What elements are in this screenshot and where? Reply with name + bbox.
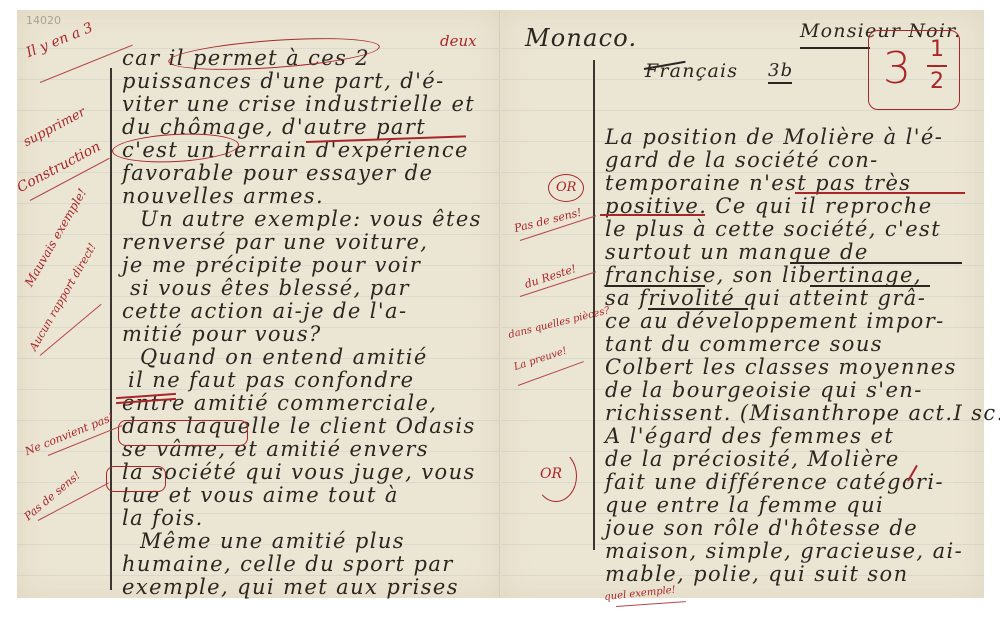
text-line: Colbert les classes moyennes — [605, 355, 957, 379]
margin-note-or-1: OR — [556, 180, 576, 195]
text-line: A l'égard des femmes et — [605, 424, 894, 448]
margin-note-or-2: OR — [540, 466, 562, 482]
text-line: puissances d'une part, d'é- — [122, 69, 445, 93]
text-line: Un autre exemple: vous êtes — [140, 207, 482, 231]
text-line: la société qui vous juge, vous — [122, 460, 476, 484]
class-label: 3b — [768, 62, 793, 80]
text-line: Quand on entend amitié — [140, 345, 428, 369]
text-line: de la préciosité, Molière — [605, 447, 900, 471]
text-line: humaine, celle du sport par — [122, 552, 454, 576]
grade-box: 3 1 2 — [868, 30, 960, 110]
text-line: je me précipite pour voir — [122, 253, 421, 277]
text-line: renversé par une voiture, — [122, 230, 428, 254]
grade-integer: 3 — [883, 43, 911, 94]
archive-number: 14020 — [26, 14, 61, 27]
page-fold — [499, 10, 501, 598]
text-line: tant du commerce sous — [605, 332, 883, 356]
grade-fraction: 1 2 — [927, 37, 947, 95]
text-line: de la bourgeoisie qui s'en- — [605, 378, 923, 402]
text-line: gard de la société con- — [605, 148, 879, 172]
right-margin-line — [593, 60, 595, 550]
text-line: viter une crise industrielle et — [122, 92, 475, 116]
text-line: richissent. (Misanthrope act.I sc.I) — [605, 401, 1000, 425]
underline-positive — [600, 214, 705, 216]
text-line: mable, polie, qui suit son — [605, 562, 909, 586]
student-name-underline — [800, 47, 870, 49]
correction-deux: deux — [440, 32, 477, 50]
place-heading: Monaco. — [525, 26, 637, 50]
text-line: maison, simple, gracieuse, ai- — [605, 539, 963, 563]
text-line: surtout un manque de — [605, 240, 869, 264]
text-line: mitié pour vous? — [122, 322, 322, 346]
text-line: joue son rôle d'hôtesse de — [605, 516, 918, 540]
text-line: franchise, son libertinage, — [605, 263, 922, 287]
margin-leader-9 — [616, 601, 686, 607]
text-line: que entre la femme qui — [605, 493, 884, 517]
text-line: il ne faut pas confondre — [128, 368, 414, 392]
text-line: fait une différence catégori- — [605, 470, 944, 494]
text-line: favorable pour essayer de — [122, 161, 433, 185]
text-line: Même une amitié plus — [140, 529, 405, 553]
underline-franchise — [605, 285, 705, 287]
text-line: exemple, qui met aux prises — [122, 575, 459, 599]
box-se-vame — [118, 420, 248, 446]
text-line: la fois. — [122, 506, 204, 530]
underline-libertinage — [810, 285, 930, 287]
grade-numerator: 1 — [930, 37, 944, 62]
grade-denominator: 2 — [930, 69, 944, 94]
underline-nest-pas-tres — [795, 192, 965, 194]
text-line: nouvelles armes. — [122, 184, 324, 208]
text-line: sa frivolité qui atteint grâ- — [605, 286, 926, 310]
text-line: si vous êtes blessé, par — [130, 276, 410, 300]
box-tue — [106, 466, 166, 492]
text-line: le plus à cette société, c'est — [605, 217, 941, 241]
text-line: La position de Molière à l'é- — [605, 125, 943, 149]
text-line: cette action ai-je de l'a- — [122, 299, 407, 323]
underline-frivolite — [648, 308, 748, 310]
underline-manque — [790, 262, 962, 264]
left-margin-line — [110, 68, 112, 590]
class-underline — [768, 82, 792, 84]
fraction-bar — [927, 65, 947, 67]
text-line: ce au développement impor- — [605, 309, 945, 333]
